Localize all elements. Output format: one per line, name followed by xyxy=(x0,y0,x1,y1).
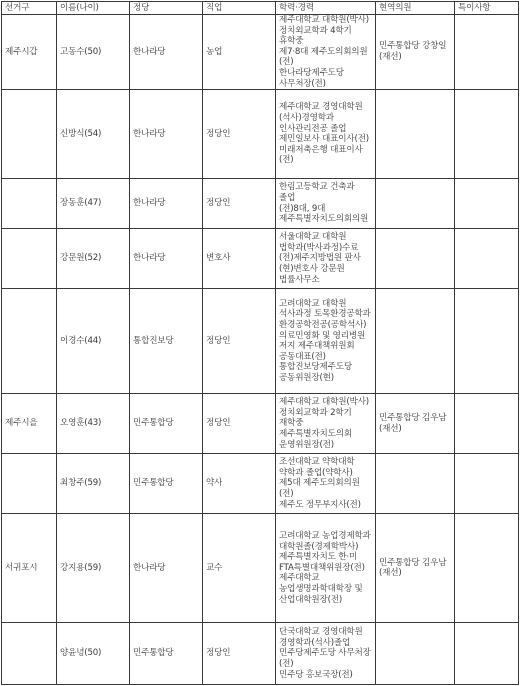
cell-job: 정당인 xyxy=(203,394,276,454)
header-party: 정당 xyxy=(130,2,203,15)
cell-job: 정당인 xyxy=(203,623,276,685)
career-line: 제주특별자치도의회 운영위원장(전) xyxy=(279,429,372,450)
header-job: 직업 xyxy=(203,2,276,15)
cell-notes xyxy=(455,90,519,179)
cell-name: 고동수(50) xyxy=(57,15,130,90)
cell-party: 민주통합당 xyxy=(130,394,203,454)
cell-incumbent xyxy=(376,179,455,229)
cell-name: 양윤녕(50) xyxy=(57,623,130,685)
cell-notes xyxy=(455,179,519,229)
career-line: (전)8대, 9대 제주특별자치도의회의원 xyxy=(279,204,372,225)
cell-notes xyxy=(455,229,519,289)
table-row: 신방식(54) 한나라당 정당인 제주대학교 경영대학원(석사)경영학과 인사관… xyxy=(2,90,519,179)
career-line: 조선대학교 약학대학 약학과 졸업(약학사) xyxy=(279,457,372,478)
career-line: 고려대학교 대학원 석사과정 토목환경공학과 환경공학전공(공학석사) xyxy=(279,299,372,331)
career-line: 제주대학교 대학원(박사)정치외교학과 2학기 재학중 xyxy=(279,397,372,429)
table-row: 강문원(52) 한나라당 변호사 서울대학교 대학원 법학과(박사과정)수료 (… xyxy=(2,229,519,289)
cell-incumbent xyxy=(376,289,455,394)
career-line: 제주대학교 경영대학원(석사)경영학과 인사관리전공 졸업 xyxy=(279,102,372,134)
cell-name: 신방식(54) xyxy=(57,90,130,179)
cell-notes xyxy=(455,454,519,514)
career-line: (현)변호사 강문원 법률사무소 xyxy=(279,264,372,285)
cell-party: 민주통합당 xyxy=(130,454,203,514)
cell-notes xyxy=(455,15,519,90)
cell-notes xyxy=(455,514,519,623)
header-incumbent: 현역의원 xyxy=(376,2,455,15)
career-line: 제민일보사 대표이사(전) xyxy=(279,134,372,145)
career-line: 고려대학교 농업경제학과 대학원졸(경제학박사) xyxy=(279,531,372,552)
candidates-table: 선거구 이름(나이) 정당 직업 학력·경력 현역의원 특이사항 제주시갑 고동… xyxy=(1,1,519,685)
cell-name: 강지용(59) xyxy=(57,514,130,623)
cell-incumbent xyxy=(376,623,455,685)
header-name: 이름(나이) xyxy=(57,2,130,15)
cell-job: 정당인 xyxy=(203,90,276,179)
cell-party: 민주통합당 xyxy=(130,623,203,685)
cell-name: 장동훈(47) xyxy=(57,179,130,229)
career-line: 제7·8대 제주도의회의원(전) xyxy=(279,47,372,68)
header-notes: 특이사항 xyxy=(455,2,519,15)
cell-incumbent xyxy=(376,454,455,514)
cell-job: 정당인 xyxy=(203,289,276,394)
cell-district xyxy=(2,179,57,229)
cell-party: 한나라당 xyxy=(130,514,203,623)
cell-career: 고려대학교 농업경제학과 대학원졸(경제학박사) 제주특별자치도 한·미 FTA… xyxy=(276,514,376,623)
table-row: 양윤녕(50) 민주통합당 정당인 단국대학교 경영대학원 경영학과(석사)졸업… xyxy=(2,623,519,685)
cell-name: 강문원(52) xyxy=(57,229,130,289)
table-row: 이경수(44) 통합진보당 정당인 고려대학교 대학원 석사과정 토목환경공학과… xyxy=(2,289,519,394)
cell-career: 한림고등학교 건축과 졸업 (전)8대, 9대 제주특별자치도의회의원 xyxy=(276,179,376,229)
career-line: 한나라당제주도당 사무처장(전) xyxy=(279,68,372,89)
cell-name: 최창주(59) xyxy=(57,454,130,514)
cell-notes xyxy=(455,394,519,454)
cell-incumbent xyxy=(376,90,455,179)
header-district: 선거구 xyxy=(2,2,57,15)
header-row: 선거구 이름(나이) 정당 직업 학력·경력 현역의원 특이사항 xyxy=(2,2,519,15)
cell-career: 제주대학교 대학원(박사)정치외교학과 2학기 재학중 제주특별자치도의회 운영… xyxy=(276,394,376,454)
career-line: 민주당제주도당 사무처장(전) xyxy=(279,648,372,669)
header-career: 학력·경력 xyxy=(276,2,376,15)
cell-career: 조선대학교 약학대학 약학과 졸업(약학사) 제5대 제주도의회의원(전) 제주… xyxy=(276,454,376,514)
cell-district xyxy=(2,229,57,289)
cell-career: 단국대학교 경영대학원 경영학과(석사)졸업 민주당제주도당 사무처장(전) 민… xyxy=(276,623,376,685)
career-line: 서울대학교 대학원 법학과(박사과정)수료 xyxy=(279,232,372,253)
cell-party: 한나라당 xyxy=(130,15,203,90)
career-line: 통합진보당제주도당 공동위원장(현) xyxy=(279,362,372,383)
career-line: 의료민영화 및 영리병원 저지 제주대책위원회 공동대표(전) xyxy=(279,331,372,363)
cell-district xyxy=(2,454,57,514)
cell-notes xyxy=(455,623,519,685)
cell-district: 서귀포시 xyxy=(2,514,57,623)
table-row: 장동훈(47) 한나라당 정당인 한림고등학교 건축과 졸업 (전)8대, 9대… xyxy=(2,179,519,229)
cell-job: 정당인 xyxy=(203,179,276,229)
cell-job: 약사 xyxy=(203,454,276,514)
cell-party: 한나라당 xyxy=(130,90,203,179)
cell-party: 한나라당 xyxy=(130,229,203,289)
career-line: 단국대학교 경영대학원 경영학과(석사)졸업 xyxy=(279,627,372,648)
table-row: 제주시을 오영훈(43) 민주통합당 정당인 제주대학교 대학원(박사)정치외교… xyxy=(2,394,519,454)
cell-job: 교수 xyxy=(203,514,276,623)
cell-incumbent: 민주통합당 김우남(재선) xyxy=(376,394,455,454)
career-line: 제주도 정무부지사(전) xyxy=(279,500,372,511)
cell-district xyxy=(2,289,57,394)
cell-incumbent: 민주통합당 강창일(재선) xyxy=(376,15,455,90)
cell-job: 변호사 xyxy=(203,229,276,289)
cell-career: 서울대학교 대학원 법학과(박사과정)수료 (전)제주지방법원 판사 (현)변호… xyxy=(276,229,376,289)
cell-name: 이경수(44) xyxy=(57,289,130,394)
career-line: 제주대학교 대학원(박사) 정치외교학과 4학기 휴학중 xyxy=(279,15,372,47)
cell-incumbent xyxy=(376,229,455,289)
cell-party: 통합진보당 xyxy=(130,289,203,394)
cell-district: 제주시을 xyxy=(2,394,57,454)
career-line: 미래저축은행 대표이사(전) xyxy=(279,145,372,166)
cell-district xyxy=(2,623,57,685)
table-row: 최창주(59) 민주통합당 약사 조선대학교 약학대학 약학과 졸업(약학사) … xyxy=(2,454,519,514)
career-line: (전)제주지방법원 판사 xyxy=(279,253,372,264)
career-line: 제주대학교 농업생명과학대학장 및 산업대학원장(전) xyxy=(279,573,372,605)
cell-career: 제주대학교 경영대학원(석사)경영학과 인사관리전공 졸업 제민일보사 대표이사… xyxy=(276,90,376,179)
cell-career: 고려대학교 대학원 석사과정 토목환경공학과 환경공학전공(공학석사) 의료민영… xyxy=(276,289,376,394)
cell-party: 한나라당 xyxy=(130,179,203,229)
career-line: 민주당 홍보국장(전) xyxy=(279,670,372,681)
career-line: 한림고등학교 건축과 졸업 xyxy=(279,182,372,203)
cell-notes xyxy=(455,289,519,394)
cell-job: 농업 xyxy=(203,15,276,90)
career-line: 제주특별자치도 한·미 FTA특별대책위원장(전) xyxy=(279,552,372,573)
cell-name: 오영훈(43) xyxy=(57,394,130,454)
table-row: 제주시갑 고동수(50) 한나라당 농업 제주대학교 대학원(박사) 정치외교학… xyxy=(2,15,519,90)
cell-district: 제주시갑 xyxy=(2,15,57,90)
career-line: 제5대 제주도의회의원(전) xyxy=(279,478,372,499)
table-row: 서귀포시 강지용(59) 한나라당 교수 고려대학교 농업경제학과 대학원졸(경… xyxy=(2,514,519,623)
cell-incumbent: 민주통합당 김우남(재선) xyxy=(376,514,455,623)
cell-district xyxy=(2,90,57,179)
cell-career: 제주대학교 대학원(박사) 정치외교학과 4학기 휴학중 제7·8대 제주도의회… xyxy=(276,15,376,90)
